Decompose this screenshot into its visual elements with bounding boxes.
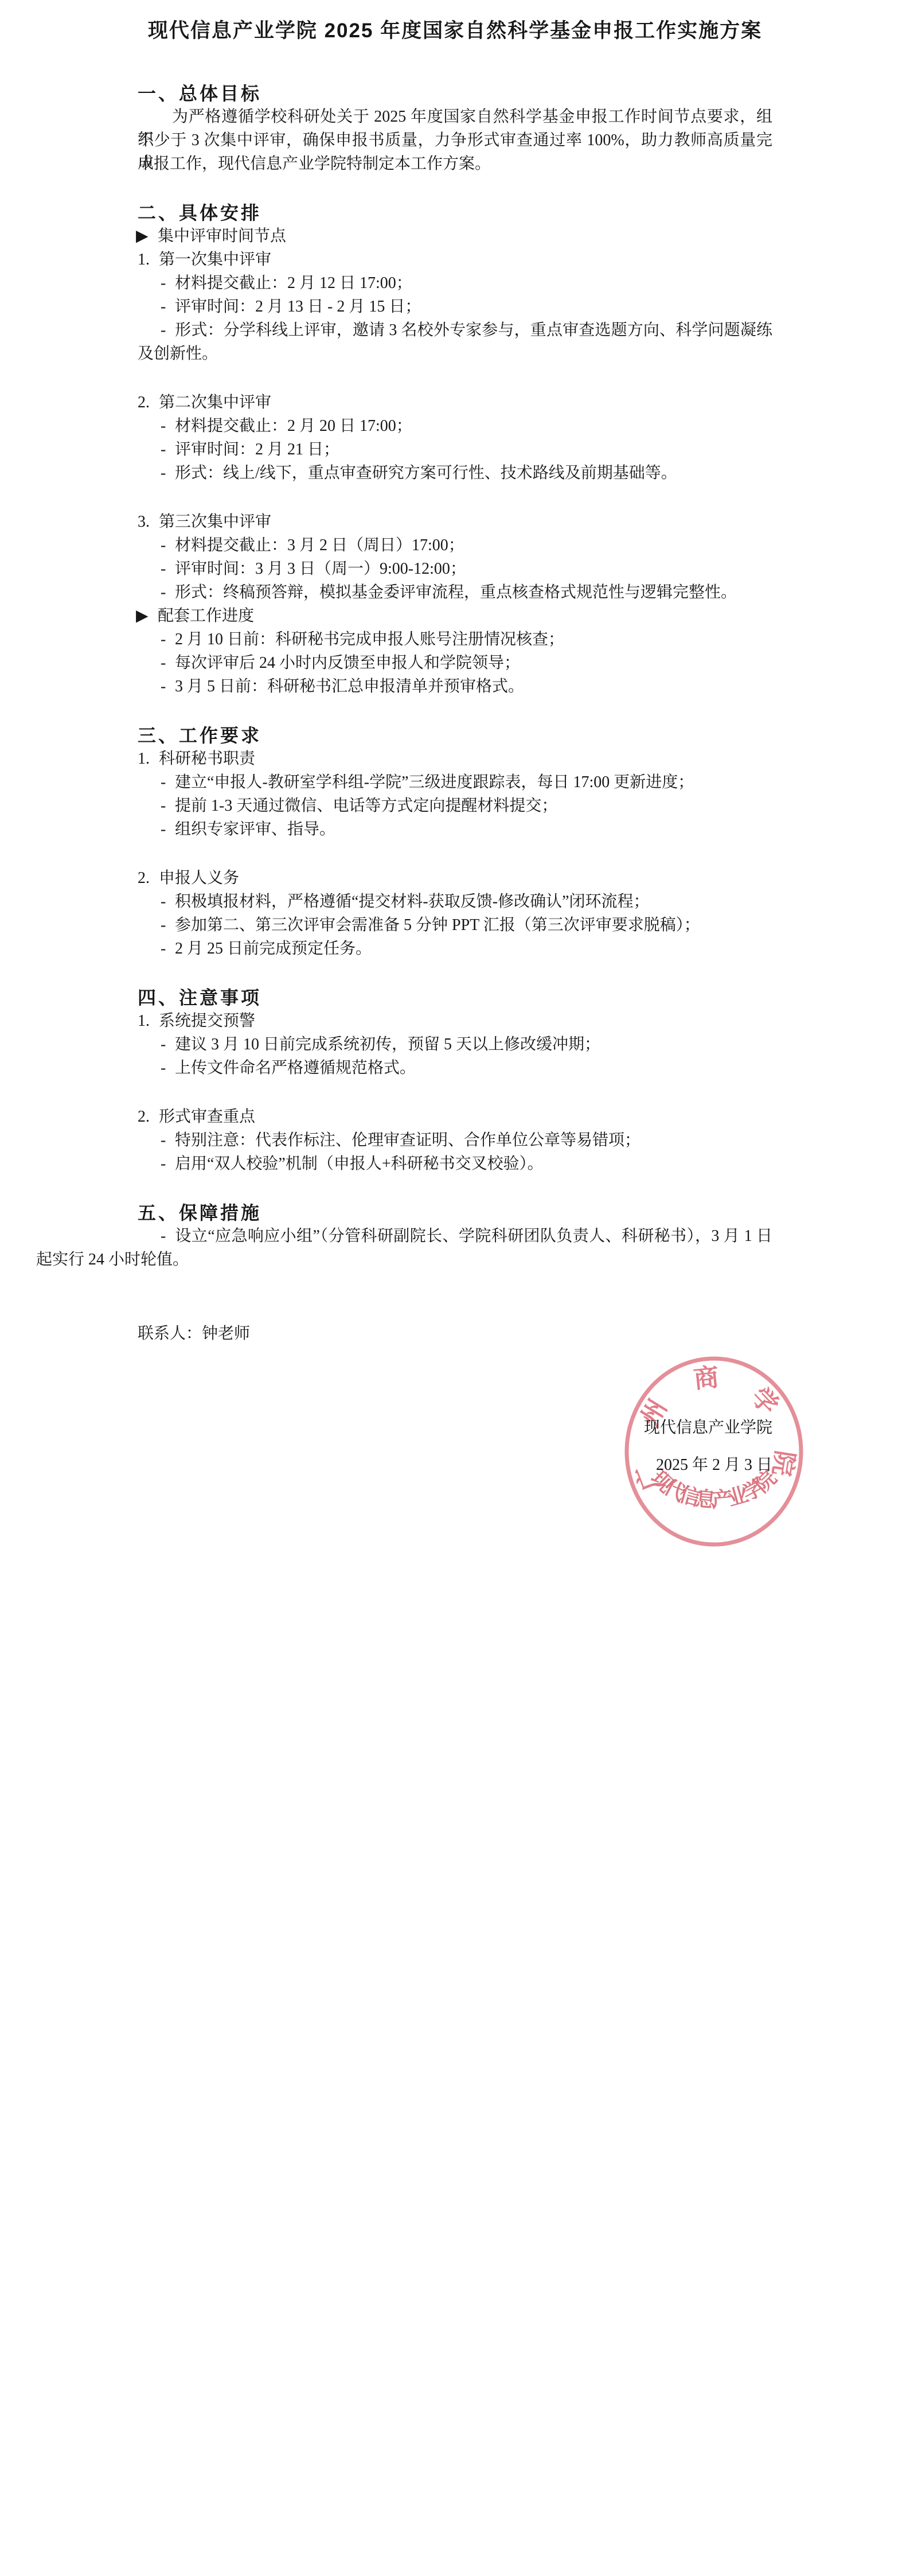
continuation-line: 及创新性。: [138, 343, 218, 365]
dash-marker: -: [161, 914, 175, 937]
numbered-item: 1.科研秘书职责: [138, 748, 255, 771]
seal-arc-char: 商: [692, 1363, 720, 1394]
section-heading: 五、保障措施: [138, 1201, 261, 1224]
official-seal: 广州商学院 现代信息产业学院: [616, 1348, 811, 1555]
dash-marker: -: [161, 462, 175, 485]
dash-item: -评审时间：3 月 3 日（周一）9:00-12:00；: [161, 558, 466, 581]
dash-item: -2 月 25 日前完成预定任务。: [161, 937, 372, 960]
contact-line: 联系人：钟老师: [138, 1322, 250, 1345]
dash-marker: -: [161, 1153, 175, 1176]
num-marker: 2.: [138, 867, 159, 890]
dash-item: -形式：线上/线下，重点审查研究方案可行性、技术路线及前期基础等。: [161, 462, 677, 485]
dash-item: -建议 3 月 10 日前完成系统初传，预留 5 天以上修改缓冲期；: [161, 1033, 600, 1056]
section-heading: 一、总体目标: [138, 82, 261, 105]
dash-item: -设立“应急响应小组”（分管科研副院长、学院科研团队负责人、科研秘书），3 月 …: [161, 1225, 772, 1248]
dash-item: -材料提交截止：2 月 20 日 17:00；: [161, 415, 412, 438]
dash-marker: -: [161, 818, 175, 841]
dash-item: -每次评审后 24 小时内反馈至申报人和学院领导；: [161, 652, 520, 675]
signature-org: 现代信息产业学院: [644, 1418, 772, 1438]
dash-item: -上传文件命名严格遵循规范格式。: [161, 1057, 416, 1080]
paragraph-line: 申报工作，现代信息产业学院特制定本工作方案。: [138, 153, 772, 176]
bullet-heading: ▶配套工作进度: [136, 605, 254, 628]
section-heading: 四、注意事项: [138, 986, 261, 1009]
document-page: 现代信息产业学院 2025 年度国家自然科学基金申报工作实施方案 一、总体目标为…: [0, 0, 910, 2576]
dash-marker: -: [161, 438, 175, 461]
dash-marker: -: [161, 1057, 175, 1080]
dash-item: -特别注意：代表作标注、伦理审查证明、合作单位公章等易错项；: [161, 1129, 640, 1152]
dash-marker: -: [161, 1033, 175, 1056]
dash-marker: -: [161, 581, 175, 604]
num-marker: 2.: [138, 391, 159, 414]
numbered-item: 1.第一次集中评审: [138, 248, 271, 271]
dash-marker: -: [161, 652, 175, 675]
numbered-item: 3.第三次集中评审: [138, 511, 271, 534]
dash-marker: -: [161, 795, 175, 818]
dash-marker: -: [161, 295, 175, 318]
numbered-item: 1.系统提交预警: [138, 1010, 255, 1033]
num-marker: 1.: [138, 248, 159, 271]
num-marker: 2.: [138, 1106, 159, 1129]
numbered-item: 2.形式审查重点: [138, 1106, 255, 1129]
numbered-item: 2.第二次集中评审: [138, 391, 271, 414]
dash-item: -材料提交截止：3 月 2 日（周日）17:00；: [161, 534, 464, 557]
dash-marker: -: [161, 534, 175, 557]
dash-item: -积极填报材料，严格遵循“提交材料-获取反馈-修改确认”闭环流程；: [161, 890, 650, 913]
dash-marker: -: [161, 890, 175, 913]
num-marker: 1.: [138, 1010, 159, 1033]
section-heading: 三、工作要求: [138, 724, 261, 747]
dash-marker: -: [161, 272, 175, 295]
document-title: 现代信息产业学院 2025 年度国家自然科学基金申报工作实施方案: [0, 15, 910, 44]
dash-item: -2 月 10 日前：科研秘书完成申报人账号注册情况核查；: [161, 628, 564, 651]
dash-item: -形式：终稿预答辩，模拟基金委评审流程，重点核查格式规范性与逻辑完整性。: [161, 581, 737, 604]
dash-item: -形式：分学科线上评审，邀请 3 名校外专家参与，重点审查选题方向、科学问题凝练: [161, 319, 772, 342]
dash-marker: -: [161, 319, 175, 342]
dash-marker: -: [161, 558, 175, 581]
dash-item: -启用“双人校验”机制（申报人+科研秘书交叉校验）。: [161, 1153, 544, 1176]
dash-item: -建立“申报人-教研室学科组-学院”三级进度跟踪表，每日 17:00 更新进度；: [161, 771, 694, 794]
dash-item: -评审时间：2 月 21 日；: [161, 438, 339, 461]
dash-item: -组织专家评审、指导。: [161, 818, 335, 841]
dash-marker: -: [161, 771, 175, 794]
dash-marker: -: [161, 937, 175, 960]
signature-date: 2025 年 2 月 3 日: [656, 1456, 772, 1475]
dash-marker: -: [161, 1129, 175, 1152]
continuation-line: 起实行 24 小时轮值。: [36, 1248, 189, 1271]
dash-marker: -: [161, 1225, 175, 1248]
dash-item: -材料提交截止：2 月 12 日 17:00；: [161, 272, 412, 295]
dash-item: -提前 1-3 天通过微信、电话等方式定向提醒材料提交；: [161, 795, 557, 818]
dash-item: -参加第二、第三次评审会需准备 5 分钟 PPT 汇报（第三次评审要求脱稿）；: [161, 914, 700, 937]
num-marker: 3.: [138, 511, 159, 534]
dash-marker: -: [161, 675, 175, 698]
dash-item: -评审时间：2 月 13 日 - 2 月 15 日；: [161, 295, 421, 318]
bullet-heading: ▶集中评审时间节点: [136, 225, 286, 248]
numbered-item: 2.申报人义务: [138, 867, 239, 890]
bullet-marker: ▶: [136, 225, 158, 248]
section-heading: 二、具体安排: [138, 201, 261, 224]
dash-marker: -: [161, 415, 175, 438]
num-marker: 1.: [138, 748, 159, 771]
bullet-marker: ▶: [136, 605, 158, 628]
dash-item: -3 月 5 日前：科研秘书汇总申报清单并预审格式。: [161, 675, 524, 698]
dash-marker: -: [161, 628, 175, 651]
